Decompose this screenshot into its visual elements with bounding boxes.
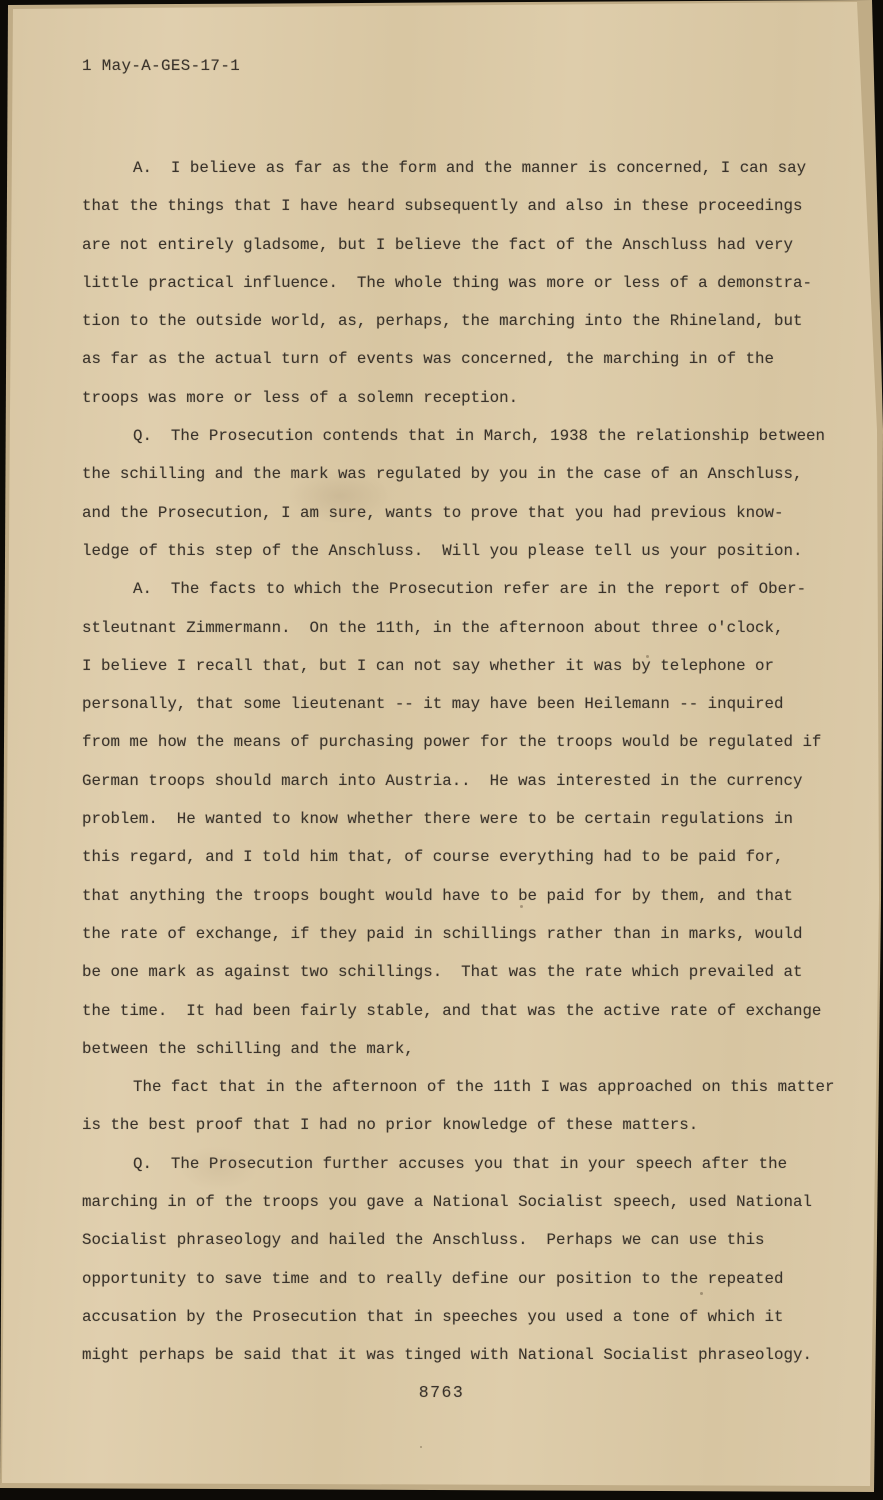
text-line: Q. The Prosecution further accuses you t…	[82, 1145, 852, 1183]
text-line: might perhaps be said that it was tinged…	[82, 1336, 852, 1374]
paragraph-answer-1: A. I believe as far as the form and the …	[82, 149, 852, 417]
text-line: Q. The Prosecution contends that in Marc…	[82, 417, 852, 455]
text-line: the schilling and the mark was regulated…	[82, 455, 852, 493]
text-line: that the things that I have heard subseq…	[82, 187, 852, 225]
text-line: are not entirely gladsome, but I believe…	[82, 226, 852, 264]
document-id-header: 1 May-A-GES-17-1	[82, 57, 240, 75]
transcript-body: A. I believe as far as the form and the …	[82, 149, 852, 1375]
text-line: the rate of exchange, if they paid in sc…	[82, 915, 852, 953]
text-line: German troops should march into Austria.…	[82, 762, 852, 800]
text-line: as far as the actual turn of events was …	[82, 340, 852, 378]
text-line: tion to the outside world, as, perhaps, …	[82, 302, 852, 340]
text-line: that anything the troops bought would ha…	[82, 877, 852, 915]
text-line: A. The facts to which the Prosecution re…	[82, 570, 852, 608]
text-line: and the Prosecution, I am sure, wants to…	[82, 494, 852, 532]
text-line: marching in of the troops you gave a Nat…	[82, 1183, 852, 1221]
text-line: opportunity to save time and to really d…	[82, 1260, 852, 1298]
text-line: between the schilling and the mark,	[82, 1030, 852, 1068]
document-page: 1 May-A-GES-17-1 A. I believe as far as …	[0, 0, 883, 1500]
text-line: personally, that some lieutenant -- it m…	[82, 685, 852, 723]
paragraph-question-1: Q. The Prosecution contends that in Marc…	[82, 417, 852, 570]
paragraph-answer-2-continued: The fact that in the afternoon of the 11…	[82, 1068, 852, 1145]
text-line: is the best proof that I had no prior kn…	[82, 1106, 852, 1144]
text-line: this regard, and I told him that, of cou…	[82, 838, 852, 876]
paragraph-answer-2: A. The facts to which the Prosecution re…	[82, 570, 852, 1068]
text-line: stleutnant Zimmermann. On the 11th, in t…	[82, 609, 852, 647]
text-line: ledge of this step of the Anschluss. Wil…	[82, 532, 852, 570]
text-line: troops was more or less of a solemn rece…	[82, 379, 852, 417]
text-line: little practical influence. The whole th…	[82, 264, 852, 302]
text-line: I believe I recall that, but I can not s…	[82, 647, 852, 685]
paper-speck	[420, 1446, 422, 1448]
text-line: be one mark as against two schillings. T…	[82, 953, 852, 991]
text-line: problem. He wanted to know whether there…	[82, 800, 852, 838]
text-line: The fact that in the afternoon of the 11…	[82, 1068, 852, 1106]
text-line: accusation by the Prosecution that in sp…	[82, 1298, 852, 1336]
text-line: A. I believe as far as the form and the …	[82, 149, 852, 187]
text-line: from me how the means of purchasing powe…	[82, 723, 852, 761]
text-line: Socialist phraseology and hailed the Ans…	[82, 1221, 852, 1259]
paragraph-question-2: Q. The Prosecution further accuses you t…	[82, 1145, 852, 1375]
page-number: 8763	[0, 1383, 883, 1402]
text-line: the time. It had been fairly stable, and…	[82, 992, 852, 1030]
